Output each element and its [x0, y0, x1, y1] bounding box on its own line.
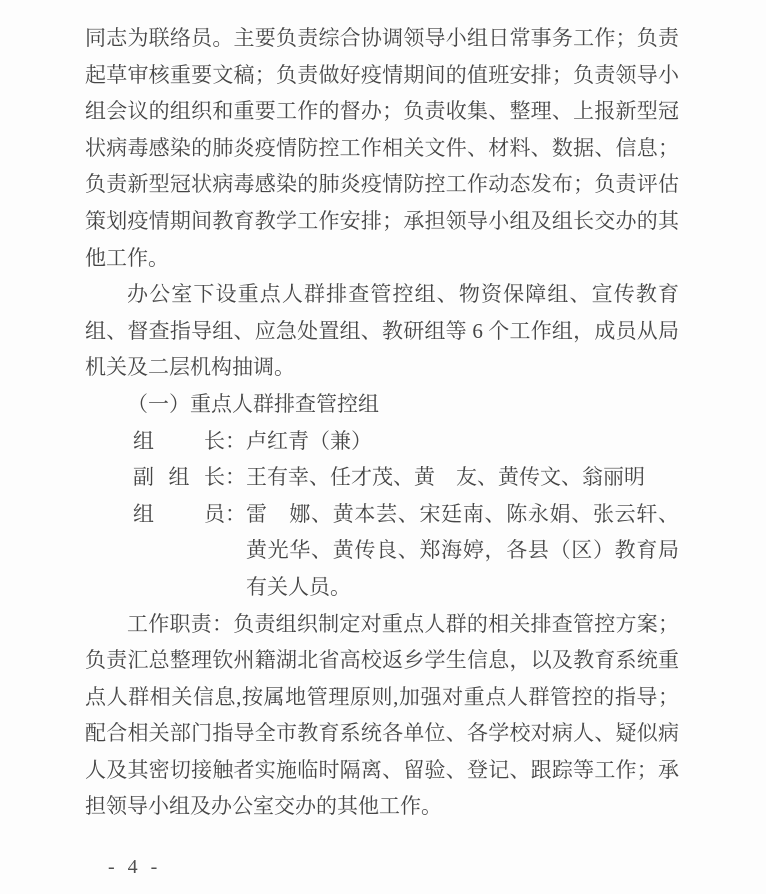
roster-label-char: 组: [133, 423, 154, 460]
roster-label-leader: 组 长：: [133, 423, 246, 460]
roster-row-leader: 组 长： 卢红青（兼）: [133, 423, 679, 460]
roster-names-members: 雷 娜、黄本芸、宋廷南、陈永娟、张云轩、黄光华、黄传良、郑海婷，各县（区）教育局…: [246, 496, 679, 606]
roster-names-leader: 卢红青（兼）: [246, 423, 679, 460]
roster-label-char: 员：: [204, 496, 246, 533]
roster-label-char: 副: [133, 459, 154, 496]
paragraph-work-groups: 办公室下设重点人群排查管控组、物资保障组、宣传教育组、督查指导组、应急处置组、教…: [85, 276, 679, 386]
paragraph-duties: 工作职责：负责组织制定对重点人群的相关排查管控方案；负责汇总整理钦州籍湖北省高校…: [85, 606, 679, 826]
roster-label-members: 组 员：: [133, 496, 246, 533]
roster-label-deputy-leaders: 副 组 长：: [133, 459, 246, 496]
roster-label-char: 组: [169, 459, 190, 496]
group1-heading: （一）重点人群排查管控组: [85, 386, 679, 423]
roster-label-char: 长：: [204, 423, 246, 460]
paragraph-office-duties: 同志为联络员。主要负责综合协调领导小组日常事务工作；负责起草审核重要文稿；负责做…: [85, 20, 679, 276]
page-number: - 4 -: [108, 856, 161, 879]
roster-label-char: 组: [133, 496, 154, 533]
roster-label-char: 长：: [204, 459, 246, 496]
roster-row-deputy-leaders: 副 组 长： 王有幸、任才茂、黄 友、黄传文、翁丽明: [133, 459, 679, 496]
document-page: 同志为联络员。主要负责综合协调领导小组日常事务工作；负责起草审核重要文稿；负责做…: [0, 0, 766, 894]
document-body: 同志为联络员。主要负责综合协调领导小组日常事务工作；负责起草审核重要文稿；负责做…: [85, 20, 679, 825]
roster-row-members: 组 员： 雷 娜、黄本芸、宋廷南、陈永娟、张云轩、黄光华、黄传良、郑海婷，各县（…: [133, 496, 679, 606]
roster-names-deputy-leaders: 王有幸、任才茂、黄 友、黄传文、翁丽明: [246, 459, 679, 496]
